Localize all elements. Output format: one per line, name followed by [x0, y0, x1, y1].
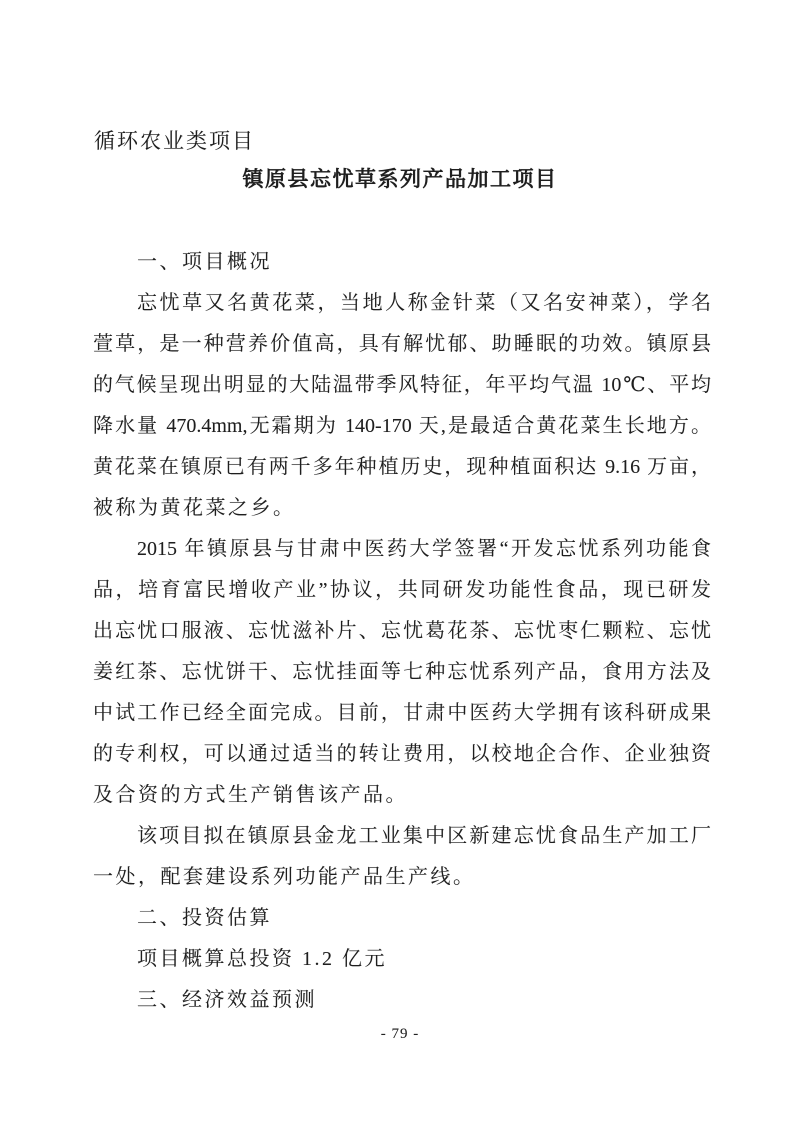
text-line: 项目概算总投资 1.2 亿元 [93, 939, 711, 980]
text-line: 的专利权，可以通过适当的转让费用，以校地企合作、企业独资 [93, 734, 711, 775]
text-line: 萱草，是一种营养价值高，具有解忧郁、助睡眠的功效。镇原县 [93, 324, 711, 365]
document-page: 循环农业类项目 镇原县忘忧草系列产品加工项目 一、项目概况忘忧草又名黄花菜，当地… [0, 0, 800, 1131]
text-line: 该项目拟在镇原县金龙工业集中区新建忘忧食品生产加工厂 [93, 816, 711, 857]
text-line: 品，培育富民增收产业”协议，共同研发功能性食品，现已研发 [93, 570, 711, 611]
document-body: 一、项目概况忘忧草又名黄花菜，当地人称金针菜（又名安神菜），学名萱草，是一种营养… [93, 242, 711, 1021]
category-label: 循环农业类项目 [94, 125, 255, 155]
text-line: 2015 年镇原县与甘肃中医药大学签署“开发忘忧系列功能食 [93, 529, 711, 570]
text-line: 降水量 470.4mm,无霜期为 140-170 天,是最适合黄花菜生长地方。 [93, 406, 711, 447]
section-heading: 一、项目概况 [93, 242, 711, 283]
text-line: 被称为黄花菜之乡。 [93, 488, 711, 529]
text-line: 的气候呈现出明显的大陆温带季风特征，年平均气温 10℃、平均 [93, 365, 711, 406]
section-heading: 二、投资估算 [93, 898, 711, 939]
text-line: 中试工作已经全面完成。目前，甘肃中医药大学拥有该科研成果 [93, 693, 711, 734]
text-line: 一处，配套建设系列功能产品生产线。 [93, 857, 711, 898]
section-heading: 三、经济效益预测 [93, 980, 711, 1021]
text-line: 出忘忧口服液、忘忧滋补片、忘忧葛花茶、忘忧枣仁颗粒、忘忧 [93, 611, 711, 652]
text-line: 黄花菜在镇原已有两千多年种植历史，现种植面积达 9.16 万亩， [93, 447, 711, 488]
document-title: 镇原县忘忧草系列产品加工项目 [0, 163, 800, 193]
page-number: - 79 - [0, 1026, 800, 1043]
text-line: 忘忧草又名黄花菜，当地人称金针菜（又名安神菜），学名 [93, 283, 711, 324]
text-line: 姜红茶、忘忧饼干、忘忧挂面等七种忘忧系列产品，食用方法及 [93, 652, 711, 693]
text-line: 及合资的方式生产销售该产品。 [93, 775, 711, 816]
